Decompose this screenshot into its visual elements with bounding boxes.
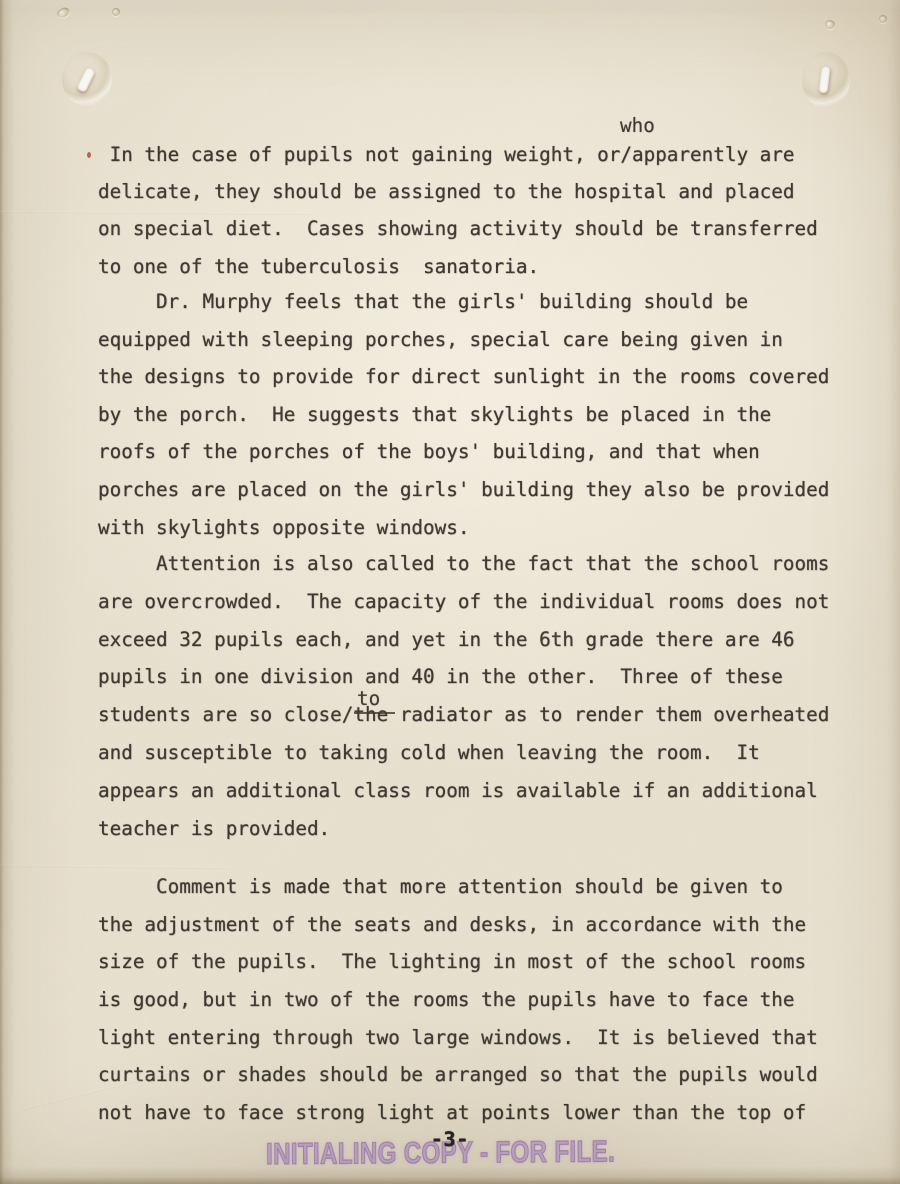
text-line: with skylights opposite windows.: [98, 509, 858, 547]
text-line: to one of the tuberculosis sanatoria.: [98, 248, 858, 285]
scanned-document-page: In the case of pupils not gaining weight…: [0, 0, 900, 1184]
punch-mark: [879, 15, 887, 23]
text-line: equipped with sleeping porches, special …: [98, 321, 858, 359]
ink-speck: [87, 152, 91, 158]
text-line: appears an additional class room is avai…: [98, 772, 858, 810]
text-line: students are so close/the radiator as to…: [98, 696, 858, 734]
text-line: light entering through two large windows…: [98, 1019, 858, 1057]
inserted-word-to: to: [354, 686, 395, 714]
text-line: is good, but in two of the rooms the pup…: [98, 981, 858, 1019]
text-line: teacher is provided.: [98, 810, 858, 848]
text-line: not have to face strong light at points …: [98, 1094, 858, 1132]
punch-mark: [112, 8, 120, 16]
text-line: on special diet. Cases showing activity …: [98, 210, 858, 247]
text-line: curtains or shades should be arranged so…: [98, 1056, 858, 1094]
text-line: pupils in one division and 40 in the oth…: [98, 658, 858, 696]
text-line: Attention is also called to the fact tha…: [98, 545, 858, 583]
text-line: Dr. Murphy feels that the girls' buildin…: [98, 283, 858, 321]
text-line: size of the pupils. The lighting in most…: [98, 943, 858, 981]
punch-mark: [825, 20, 835, 29]
paragraph: Dr. Murphy feels that the girls' buildin…: [98, 283, 858, 546]
text-line: delicate, they should be assigned to the…: [98, 173, 858, 210]
text-line: are overcrowded. The capacity of the ind…: [98, 583, 858, 621]
paragraph: In the case of pupils not gaining weight…: [98, 136, 858, 285]
punch-mark: [56, 6, 71, 19]
text-line: exceed 32 pupils each, and yet in the 6t…: [98, 621, 858, 659]
text-line: the designs to provide for direct sunlig…: [98, 358, 858, 396]
text-line: by the porch. He suggests that skylights…: [98, 396, 858, 434]
paragraph: Comment is made that more attention shou…: [98, 868, 858, 1132]
text-line: and susceptible to taking cold when leav…: [98, 734, 858, 772]
text-line: Comment is made that more attention shou…: [98, 868, 858, 906]
page-number: -3-: [431, 1128, 469, 1152]
text-line: the adjustment of the seats and desks, i…: [98, 906, 858, 944]
text-line: In the case of pupils not gaining weight…: [98, 136, 858, 173]
inserted-word-who: who: [620, 113, 655, 139]
paragraph: Attention is also called to the fact tha…: [98, 545, 858, 847]
text-line: roofs of the porches of the boys' buildi…: [98, 433, 858, 471]
text-line: porches are placed on the girls' buildin…: [98, 471, 858, 509]
